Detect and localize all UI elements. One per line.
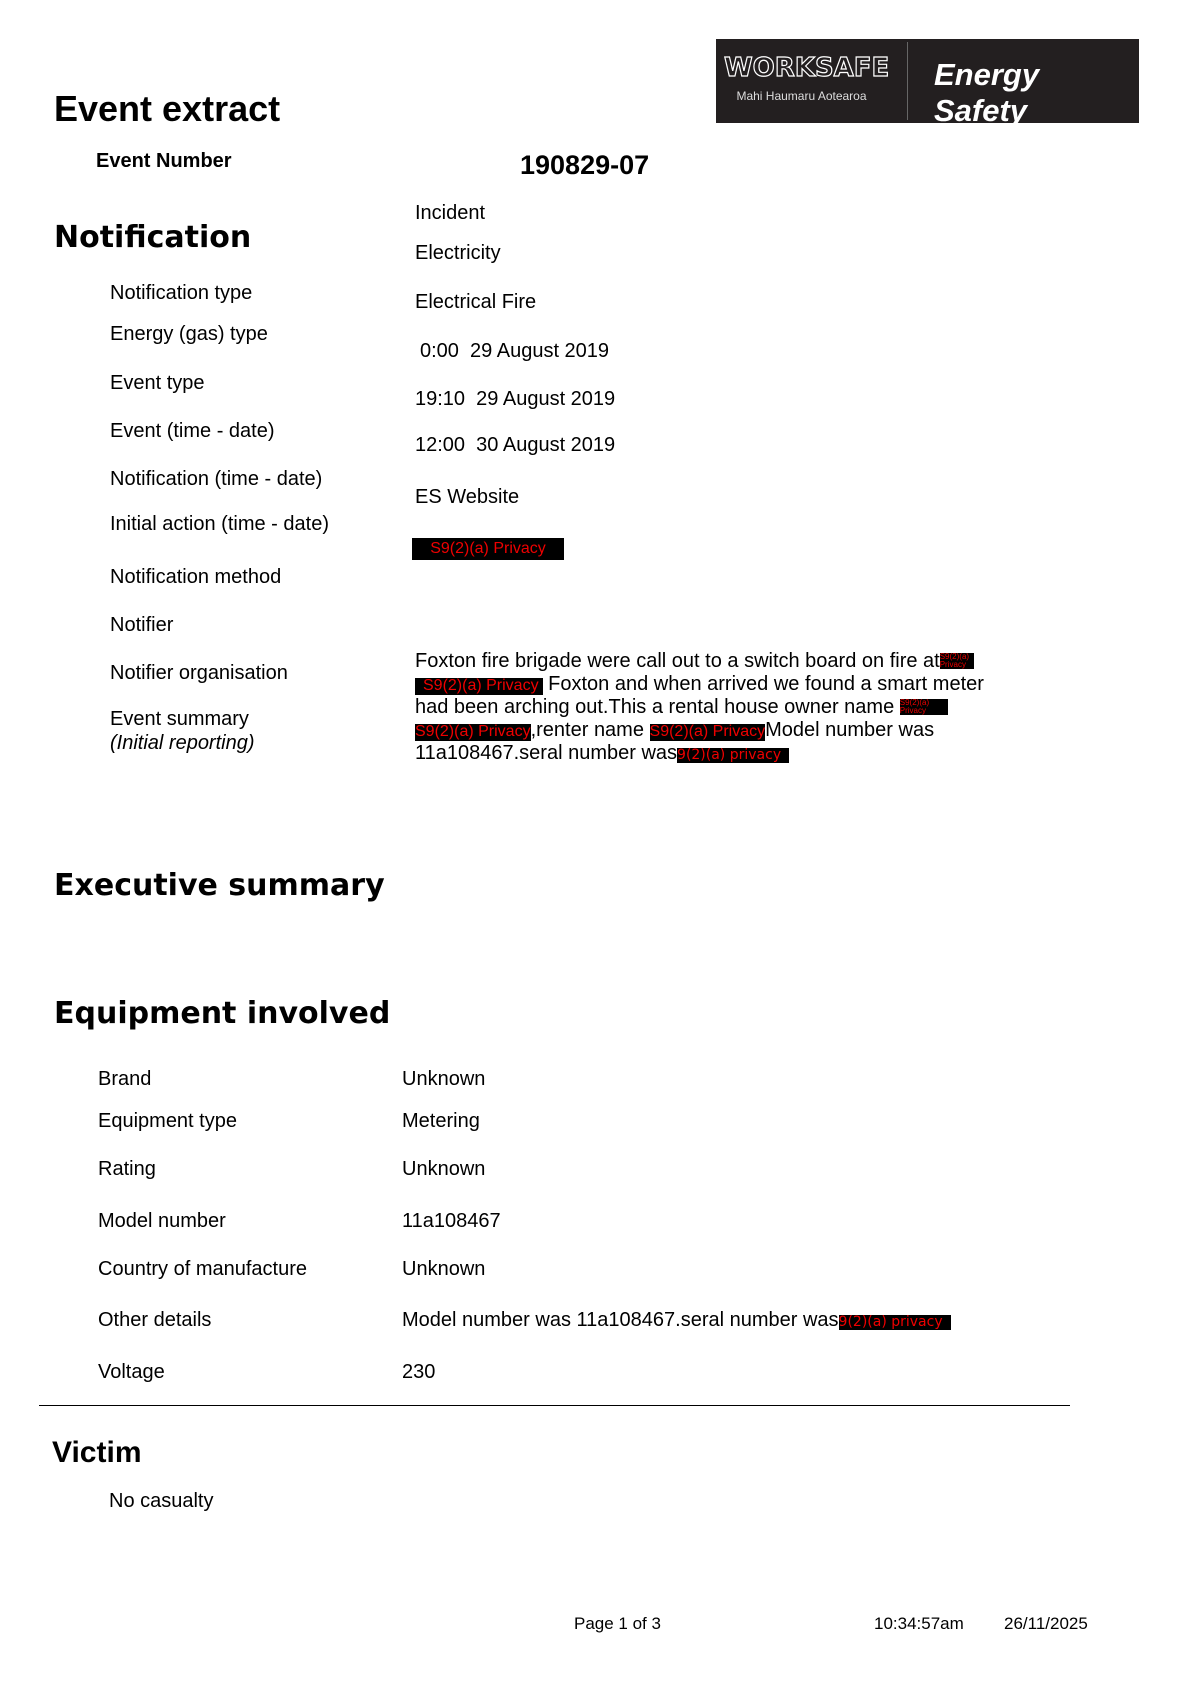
label-event-summary-sub: (Initial reporting) bbox=[110, 732, 255, 755]
logo-brand: WORKSAFE bbox=[724, 53, 879, 83]
worksafe-energy-safety-logo: WORKSAFE Mahi Haumaru Aotearoa Energy Sa… bbox=[716, 39, 1139, 123]
value-notification-type: Incident bbox=[415, 202, 485, 225]
executive-summary-heading: Executive summary bbox=[54, 868, 385, 903]
value-notification-time: 19:10 29 August 2019 bbox=[415, 388, 615, 411]
notification-heading: Notification bbox=[54, 220, 251, 255]
equipment-label: Model number bbox=[98, 1210, 226, 1233]
event-number: 190829-07 bbox=[520, 150, 649, 181]
redaction: 9(2)(a) privacy bbox=[677, 748, 789, 763]
label-notification-method: Notification method bbox=[110, 566, 281, 589]
equipment-heading: Equipment involved bbox=[54, 996, 390, 1031]
value-event-type: Electrical Fire bbox=[415, 291, 536, 314]
value-event-time: 0:00 29 August 2019 bbox=[420, 340, 609, 363]
summary-text-3: ,renter name bbox=[531, 719, 650, 741]
event-summary-text: Foxton fire brigade were call out to a s… bbox=[415, 650, 1015, 765]
equipment-label: Brand bbox=[98, 1068, 151, 1091]
other-details-text: Model number was 11a108467.seral number … bbox=[402, 1309, 839, 1331]
page-number: Page 1 of 3 bbox=[574, 1614, 661, 1634]
equipment-label: Voltage bbox=[98, 1361, 165, 1384]
redaction: S9(2)(a) Privacy bbox=[415, 678, 543, 695]
equipment-value: 11a108467 bbox=[402, 1210, 501, 1233]
logo-tagline: Mahi Haumaru Aotearoa bbox=[724, 89, 879, 103]
footer-date: 26/11/2025 bbox=[1004, 1614, 1088, 1634]
label-event-type: Event type bbox=[110, 372, 205, 395]
redaction: 9(2)(a) privacy bbox=[839, 1315, 951, 1330]
label-notification-time: Notification (time - date) bbox=[110, 468, 322, 491]
value-initial-action-time: 12:00 30 August 2019 bbox=[415, 434, 615, 457]
equipment-value: Model number was 11a108467.seral number … bbox=[402, 1309, 951, 1332]
equipment-value: 230 bbox=[402, 1361, 435, 1384]
label-initial-action-time: Initial action (time - date) bbox=[110, 513, 329, 536]
event-number-label: Event Number bbox=[96, 150, 232, 173]
label-notifier: Notifier bbox=[110, 614, 173, 637]
victim-value: No casualty bbox=[109, 1490, 214, 1513]
logo-division: Energy Safety bbox=[934, 57, 1139, 129]
label-energy-type: Energy (gas) type bbox=[110, 323, 268, 346]
notifier-redaction: S9(2)(a) Privacy bbox=[412, 538, 564, 560]
equipment-value: Unknown bbox=[402, 1258, 485, 1281]
redaction: S9(2)(a) Privacy bbox=[650, 724, 766, 741]
equipment-value: Unknown bbox=[402, 1158, 485, 1181]
footer-time: 10:34:57am bbox=[874, 1614, 964, 1634]
value-energy-type: Electricity bbox=[415, 242, 501, 265]
redaction: S9(2)(a) Privacy bbox=[940, 653, 974, 670]
equipment-label: Equipment type bbox=[98, 1110, 237, 1133]
value-notification-method: ES Website bbox=[415, 486, 519, 509]
page-title: Event extract bbox=[54, 88, 280, 130]
label-notifier-organisation: Notifier organisation bbox=[110, 662, 288, 685]
equipment-value: Metering bbox=[402, 1110, 480, 1133]
logo-divider bbox=[907, 42, 908, 120]
label-event-time: Event (time - date) bbox=[110, 420, 275, 443]
victim-heading: Victim bbox=[52, 1436, 142, 1470]
equipment-label: Rating bbox=[98, 1158, 156, 1181]
equipment-value: Unknown bbox=[402, 1068, 485, 1091]
redaction: S9(2)(a) Privacy bbox=[900, 699, 948, 716]
label-notification-type: Notification type bbox=[110, 282, 252, 305]
redaction: S9(2)(a) Privacy bbox=[415, 724, 531, 741]
label-event-summary: Event summary bbox=[110, 708, 249, 731]
divider bbox=[39, 1405, 1070, 1406]
equipment-label: Country of manufacture bbox=[98, 1258, 307, 1281]
equipment-label: Other details bbox=[98, 1309, 211, 1332]
summary-text-1: Foxton fire brigade were call out to a s… bbox=[415, 650, 940, 672]
